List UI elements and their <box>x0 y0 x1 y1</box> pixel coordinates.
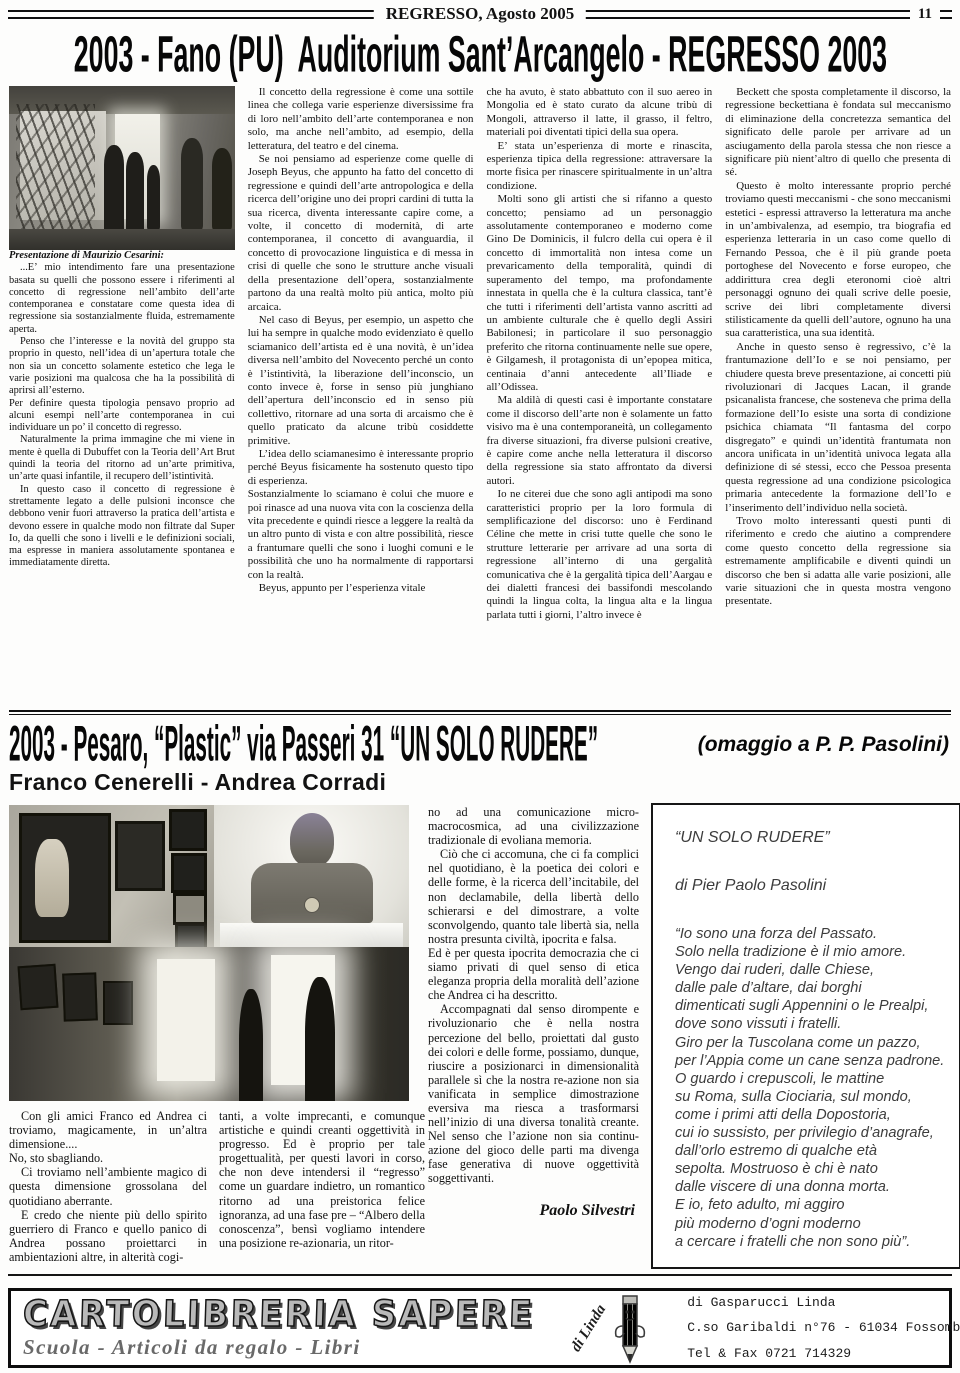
photo-small-frame <box>103 981 133 1025</box>
poem-line: “Io sono una forza del Passato. <box>675 925 949 943</box>
paragraph: Questo è molto interessante proprio perc… <box>725 180 951 341</box>
bottom-rule <box>8 1274 952 1276</box>
bust-torso <box>251 863 373 923</box>
bust-medal <box>304 897 320 913</box>
ad-mascot: di Linda <box>573 1292 659 1364</box>
article1-headline: 2003 - Fano (PU) Auditorium Sant’Arcange… <box>73 28 886 79</box>
ad-contact-line: C.so Garibaldi n°76 - 61034 Fossombrone … <box>687 1315 960 1340</box>
ad-contact-line: di Gasparucci Linda <box>687 1290 960 1315</box>
newspaper-page: { "masthead": { "title": "REGRESSO, Agos… <box>0 0 960 1373</box>
artists-subtitle: Franco Cenerelli - Andrea Corradi <box>9 769 951 795</box>
paragraph: L’idea dello sciamanesimo è interessante… <box>248 448 474 488</box>
poem-line: Giro per la Tuscolana come un pazzo, <box>675 1034 949 1052</box>
paragraph: In questo caso il concetto di regression… <box>9 484 235 570</box>
paragraph: Molti sono gli artisti che si rifanno a … <box>487 193 713 394</box>
paragraph: Ciò che ci accomuna, che ci fa complici … <box>428 847 639 946</box>
poem-line: a cercare i fratelli che non sono più”. <box>675 1233 949 1251</box>
article2-headline-suffix: (omaggio a P. P. Pasolini) <box>698 733 949 757</box>
poem-line: dalle viscere di una donna morta. <box>675 1178 949 1196</box>
article2-headline: 2003 - Pesaro, “Plastic” via Passeri 31 … <box>9 715 598 771</box>
ad-contact-line: Tel & Fax 0721 714329 <box>687 1341 960 1366</box>
paragraph: Naturalmente la prima immagine che mi vi… <box>9 434 235 483</box>
photo-visitor-silhouette <box>305 977 335 1101</box>
paragraph: Io ne citerei due che sono agli antipodi… <box>487 488 713 622</box>
paragraph: Sostanzialmente lo sciamano è colui che … <box>248 488 474 582</box>
photo-small-frame <box>169 809 207 851</box>
ad-shop-name: CARTOLIBRERIA SAPERE <box>22 1296 535 1334</box>
photo-visitor-silhouette <box>239 989 263 1101</box>
article1-column-4: Beckett che sposta completamente il disc… <box>725 86 951 706</box>
poem-line: O guardo i crepuscoli, le mattine <box>675 1070 949 1088</box>
photo-small-frame <box>62 972 98 1021</box>
paragraph: Nel caso di Beyus, per esempio, un aspet… <box>248 314 474 448</box>
paragraph: Ci troviamo nell’ambiente magico di ques… <box>9 1165 207 1207</box>
paragraph: Per definire questa tipologia pensavo pr… <box>9 398 235 435</box>
paragraph: Penso che l’interesse e la novità del gr… <box>9 336 235 397</box>
poem-line: Vengo dai ruderi, dalle Chiese, <box>675 961 949 979</box>
poem-title: “UN SOLO RUDERE” <box>675 829 949 847</box>
paragraph: che ha avuto, è stato abbattuto con il s… <box>487 86 713 140</box>
ad-contact-block: di Gasparucci Linda C.so Garibaldi n°76 … <box>659 1290 960 1366</box>
photo-small-frame <box>173 893 207 925</box>
photo-small-frame <box>18 964 59 1011</box>
ad-branding: CARTOLIBRERIA SAPERE Scuola - Articoli d… <box>11 1296 573 1360</box>
paragraph: No, sto sbagliando. <box>9 1151 207 1165</box>
paragraph: no ad una comunicazione micro-macrocosmi… <box>428 805 639 847</box>
author-signature: Paolo Silvestri <box>428 1202 639 1220</box>
paragraph: Con gli amici Franco ed Andrea ci trovia… <box>9 1109 207 1151</box>
paragraph: Ed è per questa ipocrita democrazia che … <box>428 946 639 1002</box>
paragraph: Beyus, appunto per l’esperienza vitale <box>248 582 474 595</box>
paragraph: Accompagnati dal senso dirompente e rivo… <box>428 1002 639 1185</box>
photo-visitor-silhouette <box>212 148 232 230</box>
pasolini-poem-box: “UN SOLO RUDERE” di Pier Paolo Pasolini … <box>651 803 960 1269</box>
photo-visitor-silhouette <box>147 165 161 231</box>
photo-bust-sculpture <box>214 805 409 947</box>
photo-visitor-silhouette <box>126 152 144 234</box>
article2-headline-row: 2003 - Pesaro, “Plastic” via Passeri 31 … <box>9 717 951 769</box>
paragraph: E credo che niente più dello spirito gue… <box>9 1208 207 1264</box>
ad-tagline: Scuola - Articoli da regalo - Libri <box>23 1335 573 1360</box>
article2-column-middle: no ad una comunicazione micro-macrocosmi… <box>428 805 639 1220</box>
masthead-title: REGRESSO, Agosto 2005 <box>374 4 586 24</box>
article1-column-3: che ha avuto, è stato abbattuto con il s… <box>487 86 713 706</box>
photo-visitor-silhouette <box>104 145 124 234</box>
photo-bright-window <box>157 959 215 1081</box>
bust-head <box>290 813 334 867</box>
photo-wall-with-frames <box>9 805 214 947</box>
poem-line: più moderno d’ogni moderno <box>675 1215 949 1233</box>
paragraph: Se noi pensiamo ad esperienze come quell… <box>248 153 474 314</box>
paragraph: Anche in questo senso è regressivo, c’è … <box>725 341 951 515</box>
article1-column-1: Presentazione di Maurizio Cesarini: ...E… <box>9 86 235 706</box>
article1-column-2: Il concetto della regressione è come una… <box>248 86 474 706</box>
photo-visitor-silhouette <box>181 138 204 230</box>
paragraph: E’ stata un’esperienza di morte e rinasc… <box>487 140 713 194</box>
article2-body: Con gli amici Franco ed Andrea ci trovia… <box>9 803 951 1287</box>
photo-corridor-scene <box>9 947 409 1101</box>
article2: 2003 - Pesaro, “Plastic” via Passeri 31 … <box>9 717 951 1287</box>
paragraph: Beckett che sposta completamente il disc… <box>725 86 951 180</box>
exhibition-collage-photo <box>9 805 409 1101</box>
poem-line: per l’Appia come un cane senza padrone. <box>675 1052 949 1070</box>
poem-line: dove sono vissuti i fratelli. <box>675 1015 949 1033</box>
photo-frame <box>115 821 165 891</box>
poem-line: dall’orlo estremo di qualche età <box>675 1142 949 1160</box>
article1-headline-row: 2003 - Fano (PU) Auditorium Sant’Arcange… <box>0 29 960 78</box>
poem-line: su Roma, sulla Ciociaria, sul mondo, <box>675 1088 949 1106</box>
photo-floor <box>9 229 235 250</box>
cartolibreria-ad: CARTOLIBRERIA SAPERE Scuola - Articoli d… <box>8 1288 952 1368</box>
pencil-mascot-icon <box>603 1292 655 1364</box>
paragraph: tanti, a volte imprecanti, e comunque ar… <box>219 1109 425 1250</box>
paragraph: ...E’ mio intendimento fare una presenta… <box>9 262 235 336</box>
photo-branch-sculpture <box>16 104 95 235</box>
article1-body: Presentazione di Maurizio Cesarini: ...E… <box>9 86 951 706</box>
page-number: 11 <box>910 6 940 23</box>
bust-shelf <box>220 923 403 947</box>
paragraph: Il concetto della regressione è come una… <box>248 86 474 153</box>
poem-line: cui io sussisto, per privilegio d’anagra… <box>675 1124 949 1142</box>
presentation-label: Presentazione di Maurizio Cesarini: <box>9 250 235 262</box>
article2-column-left: Con gli amici Franco ed Andrea ci trovia… <box>9 1109 207 1264</box>
article2-column-center-left: tanti, a volte imprecanti, e comunque ar… <box>219 1109 425 1250</box>
poem-line: E io, feto adulto, mi aggiro <box>675 1196 949 1214</box>
exhibition-gallery-photo <box>9 86 235 250</box>
photo-small-frame <box>171 853 207 893</box>
poem-line: dimenticati sugli Appennini o le Prealpi… <box>675 997 949 1015</box>
paragraph: Ma aldilà di questi casi è importante co… <box>487 394 713 488</box>
photo-pale-figure <box>35 839 69 917</box>
paragraph: Trovo molto interessanti questi punti di… <box>725 515 951 609</box>
poem-line: come i primi atti della Dopostoria, <box>675 1106 949 1124</box>
poem-line: Solo nella tradizione è il mio amore. <box>675 943 949 961</box>
poem-line: sepolta. Mostruoso è chi è nato <box>675 1160 949 1178</box>
poem-author: di Pier Paolo Pasolini <box>675 877 949 895</box>
poem-line: dalle pale d’altare, dai borghi <box>675 979 949 997</box>
